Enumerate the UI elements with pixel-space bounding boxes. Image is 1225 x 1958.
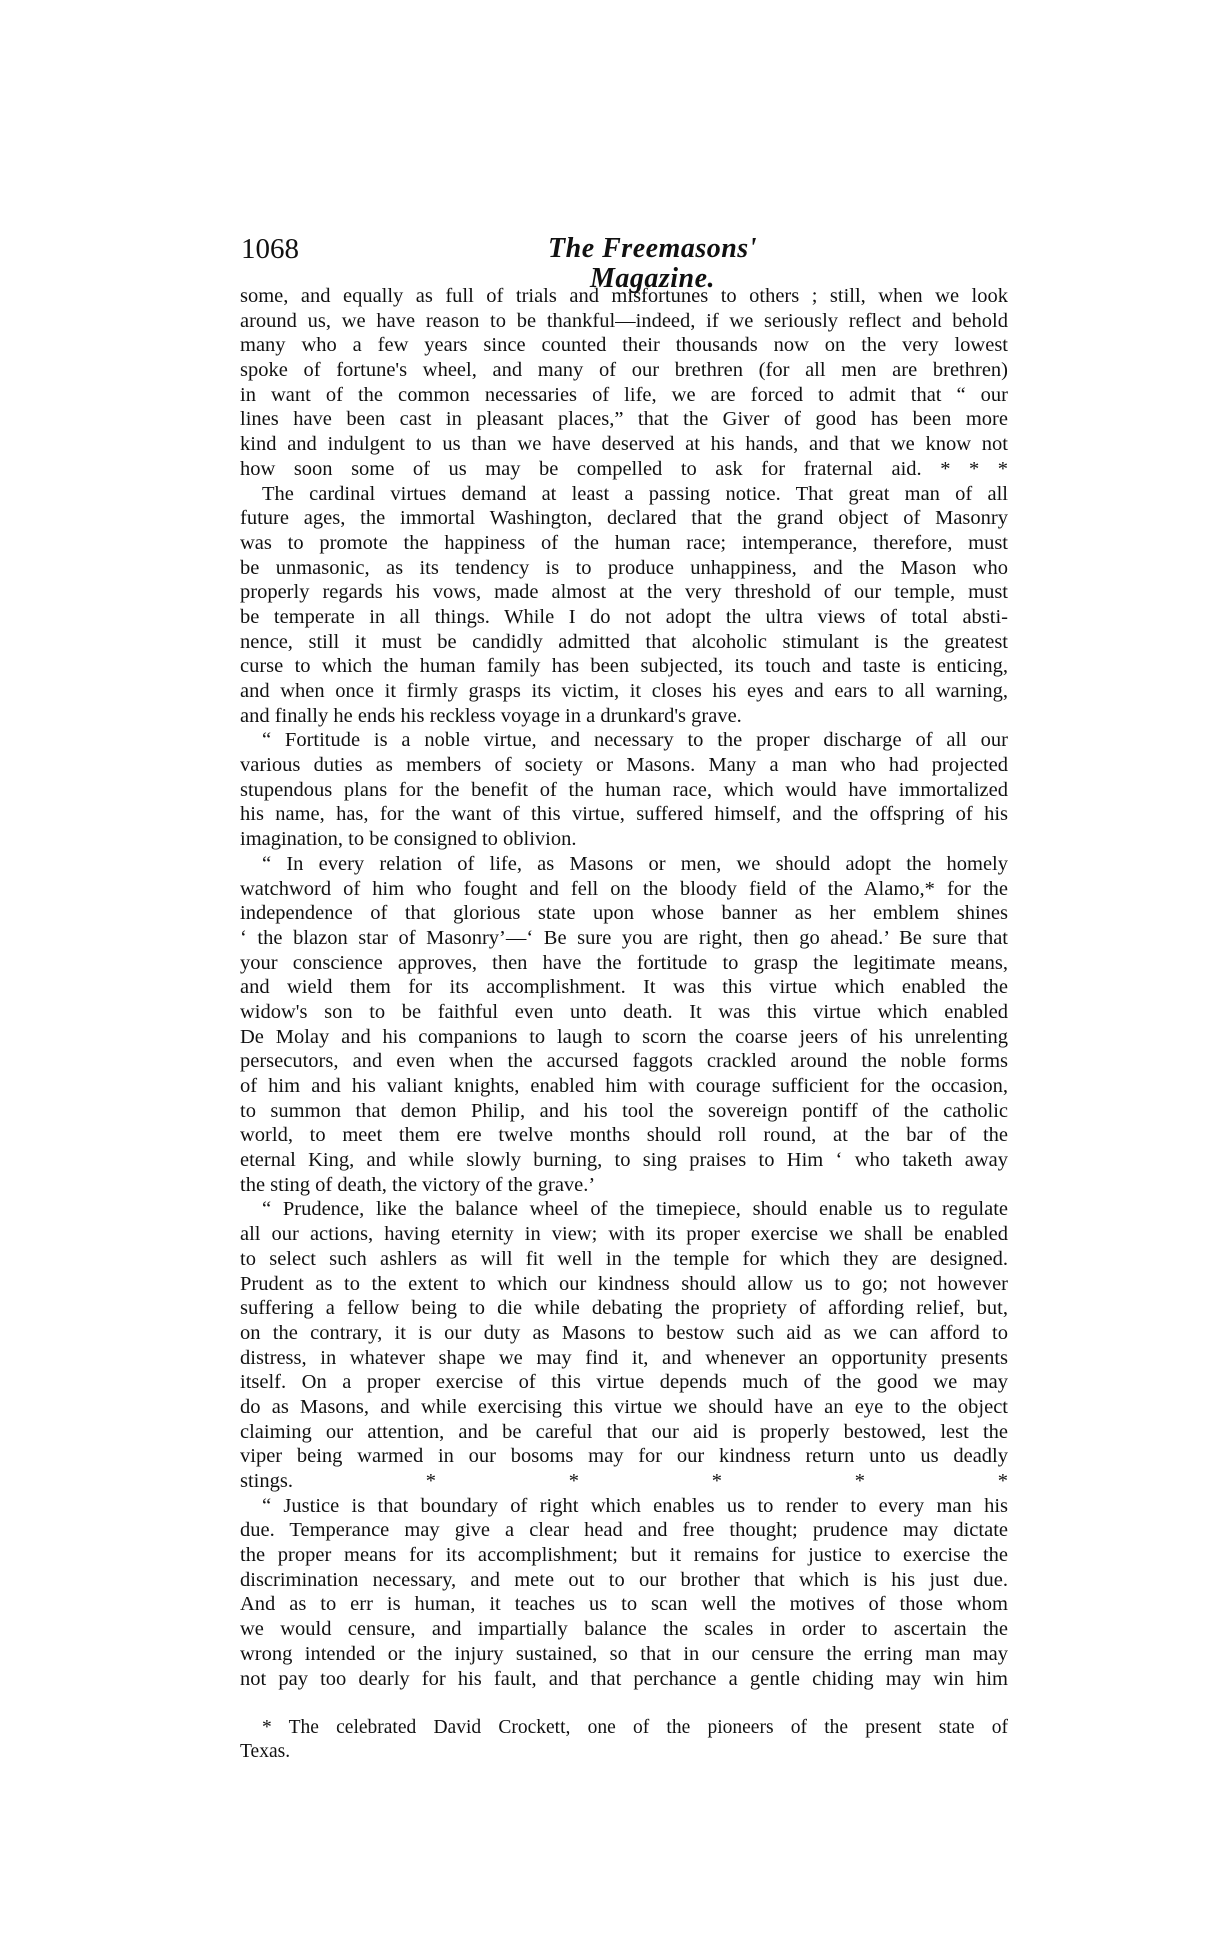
text-line-asterisks: stings. * * * * *	[240, 1469, 1008, 1494]
footnote-line: * The celebrated David Crockett, one of …	[240, 1716, 1008, 1740]
text-line: many who a few years since counted their…	[240, 333, 1008, 358]
text-line: was to promote the happiness of the huma…	[240, 531, 1008, 556]
text-line: due. Temperance may give a clear head an…	[240, 1518, 1008, 1543]
paragraph-4: “ In every relation of life, as Masons o…	[240, 852, 1008, 1198]
text-line: to select such ashlers as will fit well …	[240, 1247, 1008, 1272]
text-line: viper being warmed in our bosoms may for…	[240, 1444, 1008, 1469]
text-line: claiming our attention, and be careful t…	[240, 1420, 1008, 1445]
text-line: ‘ the blazon star of Masonry’—‘ Be sure …	[240, 926, 1008, 951]
text-line: be temperate in all things. While I do n…	[240, 605, 1008, 630]
text-line: discrimination necessary, and mete out t…	[240, 1568, 1008, 1593]
text-line: properly regards his vows, made almost a…	[240, 580, 1008, 605]
text-line: itself. On a proper exercise of this vir…	[240, 1370, 1008, 1395]
text-line: and when once it firmly grasps its victi…	[240, 679, 1008, 704]
text-line: future ages, the immortal Washington, de…	[240, 506, 1008, 531]
text-line: to summon that demon Philip, and his too…	[240, 1099, 1008, 1124]
page-number: 1068	[241, 234, 299, 264]
text-line: all our actions, having eternity in view…	[240, 1222, 1008, 1247]
paragraph-1: some, and equally as full of trials and …	[240, 284, 1008, 482]
paragraph-6: “ Justice is that boundary of right whic…	[240, 1494, 1008, 1692]
text-line: not pay too dearly for his fault, and th…	[240, 1667, 1008, 1692]
text-line: “ Fortitude is a noble virtue, and neces…	[240, 728, 1008, 753]
article-body: some, and equally as full of trials and …	[240, 284, 1008, 1691]
text-line: various duties as members of society or …	[240, 753, 1008, 778]
paragraph-5: “ Prudence, like the balance wheel of th…	[240, 1197, 1008, 1493]
text-line: his name, has, for the want of this virt…	[240, 802, 1008, 827]
text-line: widow's son to be faithful even unto dea…	[240, 1000, 1008, 1025]
text-line: watchword of him who fought and fell on …	[240, 877, 1008, 902]
text-line: the proper means for its accomplishment;…	[240, 1543, 1008, 1568]
text-line: “ Prudence, like the balance wheel of th…	[240, 1197, 1008, 1222]
text-line: your conscience approves, then have the …	[240, 951, 1008, 976]
text-line: “ Justice is that boundary of right whic…	[240, 1494, 1008, 1519]
text-line: nence, still it must be candidly admitte…	[240, 630, 1008, 655]
text-line: on the contrary, it is our duty as Mason…	[240, 1321, 1008, 1346]
text-line: how soon some of us may be compelled to …	[240, 457, 1008, 482]
text-line: we would censure, and impartially balanc…	[240, 1617, 1008, 1642]
text-line: independence of that glorious state upon…	[240, 901, 1008, 926]
text-line: of him and his valiant knights, enabled …	[240, 1074, 1008, 1099]
text-line: suffering a fellow being to die while de…	[240, 1296, 1008, 1321]
text-line: wrong intended or the injury sustained, …	[240, 1642, 1008, 1667]
text-line: spoke of fortune's wheel, and many of ou…	[240, 358, 1008, 383]
text-line: imagination, to be consigned to oblivion…	[240, 827, 1008, 852]
paragraph-2: The cardinal virtues demand at least a p…	[240, 482, 1008, 729]
text-line: some, and equally as full of trials and …	[240, 284, 1008, 309]
paragraph-3: “ Fortitude is a noble virtue, and neces…	[240, 728, 1008, 851]
text-line: do as Masons, and while exercising this …	[240, 1395, 1008, 1420]
text-line: the sting of death, the victory of the g…	[240, 1173, 1008, 1198]
text-line: and wield them for its accomplishment. I…	[240, 975, 1008, 1000]
text-line: distress, in whatever shape we may find …	[240, 1346, 1008, 1371]
text-line: kind and indulgent to us than we have de…	[240, 432, 1008, 457]
text-line: stupendous plans for the benefit of the …	[240, 778, 1008, 803]
text-line: in want of the common necessaries of lif…	[240, 383, 1008, 408]
text-line: lines have been cast in pleasant places,…	[240, 407, 1008, 432]
text-line: eternal King, and while slowly burning, …	[240, 1148, 1008, 1173]
text-line: curse to which the human family has been…	[240, 654, 1008, 679]
text-line: “ In every relation of life, as Masons o…	[240, 852, 1008, 877]
text-line: The cardinal virtues demand at least a p…	[240, 482, 1008, 507]
text-line: And as to err is human, it teaches us to…	[240, 1592, 1008, 1617]
footnote-line: Texas.	[240, 1740, 1008, 1764]
text-line: be unmasonic, as its tendency is to prod…	[240, 556, 1008, 581]
text-line: persecutors, and even when the accursed …	[240, 1049, 1008, 1074]
text-line: and finally he ends his reckless voyage …	[240, 704, 1008, 729]
text-line: De Molay and his companions to laugh to …	[240, 1025, 1008, 1050]
footnote: * The celebrated David Crockett, one of …	[240, 1716, 1008, 1764]
text-line: around us, we have reason to be thankful…	[240, 309, 1008, 334]
text-line: Prudent as to the extent to which our ki…	[240, 1272, 1008, 1297]
text-line: world, to meet them ere twelve months sh…	[240, 1123, 1008, 1148]
